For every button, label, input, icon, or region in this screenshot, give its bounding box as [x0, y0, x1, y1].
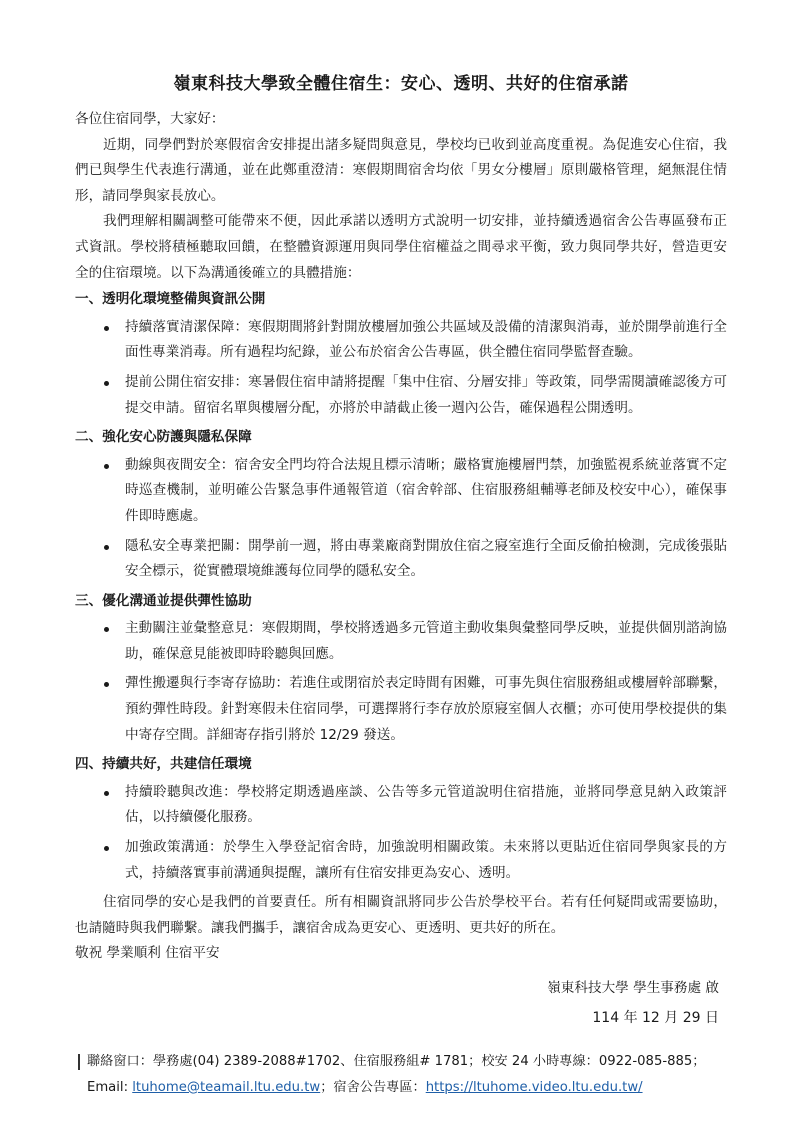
list-item: 主動關注並彙整意見：寒假期間，學校將透過多元管道主動收集與彙整同學反映，並提供個… [75, 616, 727, 667]
bullet-icon [104, 464, 109, 469]
bullet-icon [104, 381, 109, 386]
list-item-text: 主動關注並彙整意見：寒假期間，學校將透過多元管道主動收集與彙整同學反映，並提供個… [125, 620, 727, 662]
announcement-label: ；宿舍公告專區： [320, 1080, 426, 1095]
list-item: 彈性搬遷與行李寄存協助：若進住或閉宿於表定時間有困難，可事先與住宿服務組或樓層幹… [75, 671, 727, 748]
list-item-text: 加強政策溝通：於學生入學登記宿舍時，加強說明相關政策。未來將以更貼近住宿同學與家… [125, 839, 727, 881]
page-title: 嶺東科技大學致全體住宿生：安心、透明、共好的住宿承諾 [75, 70, 727, 98]
contact-links: Email: ltuhome@teamail.ltu.edu.tw；宿舍公告專區… [87, 1075, 727, 1101]
list-item: 提前公開住宿安排：寒暑假住宿申請將提醒「集中住宿、分層安排」等政策，同學需閱讀確… [75, 370, 727, 421]
list-item: 持續落實清潔保障：寒假期間將針對開放樓層加強公共區域及設備的清潔與消毒，並於開學… [75, 315, 727, 366]
section-heading: 二、強化安心防護與隱私保障 [75, 425, 727, 451]
bullet-icon [104, 326, 109, 331]
section-4: 四、持續共好，共建信任環境 持續聆聽與改進：學校將定期透過座談、公告等多元管道說… [75, 752, 727, 886]
bullet-list: 持續聆聽與改進：學校將定期透過座談、公告等多元管道說明住宿措施，並將同學意見納入… [75, 780, 727, 886]
bullet-list: 持續落實清潔保障：寒假期間將針對開放樓層加強公共區域及設備的清潔與消毒，並於開學… [75, 315, 727, 421]
section-heading: 一、透明化環境整備與資訊公開 [75, 287, 727, 313]
contact-divider [78, 1054, 80, 1070]
section-2: 二、強化安心防護與隱私保障 動線與夜間安全：宿舍安全門均符合法規且標示清晰；嚴格… [75, 425, 727, 585]
signature-date: 114 年 12 月 29 日 [75, 1005, 727, 1031]
closing-paragraph: 住宿同學的安心是我們的首要責任。所有相關資訊將同步公告於學校平台。若有任何疑問或… [75, 890, 727, 941]
section-heading: 三、優化溝通並提供彈性協助 [75, 589, 727, 615]
bullet-list: 動線與夜間安全：宿舍安全門均符合法規且標示清晰；嚴格實施樓層門禁，加強監視系統並… [75, 453, 727, 585]
list-item: 動線與夜間安全：宿舍安全門均符合法規且標示清晰；嚴格實施樓層門禁，加強監視系統並… [75, 453, 727, 530]
email-link[interactable]: ltuhome@teamail.ltu.edu.tw [132, 1080, 320, 1095]
email-label: Email: [87, 1080, 132, 1095]
section-heading: 四、持續共好，共建信任環境 [75, 752, 727, 778]
contact-phones: 聯絡窗口：學務處(04) 2389-2088#1702、住宿服務組# 1781；… [87, 1049, 727, 1075]
bullet-icon [104, 791, 109, 796]
signature-organization: 嶺東科技大學 學生事務處 啟 [75, 975, 727, 1001]
letter-page: 嶺東科技大學致全體住宿生：安心、透明、共好的住宿承諾 各位住宿同學，大家好： 近… [75, 70, 727, 1101]
bullet-icon [104, 545, 109, 550]
bullet-list: 主動關注並彙整意見：寒假期間，學校將透過多元管道主動收集與彙整同學反映，並提供個… [75, 616, 727, 748]
list-item-text: 彈性搬遷與行李寄存協助：若進住或閉宿於表定時間有困難，可事先與住宿服務組或樓層幹… [125, 675, 727, 742]
announcement-url-link[interactable]: https://ltuhome.video.ltu.edu.tw/ [426, 1080, 643, 1095]
bullet-icon [104, 846, 109, 851]
list-item-text: 持續落實清潔保障：寒假期間將針對開放樓層加強公共區域及設備的清潔與消毒，並於開學… [125, 319, 727, 361]
intro-paragraph-2: 我們理解相關調整可能帶來不便，因此承諾以透明方式說明一切安排，並持續透過宿舍公告… [75, 209, 727, 286]
list-item-text: 動線與夜間安全：宿舍安全門均符合法規且標示清晰；嚴格實施樓層門禁，加強監視系統並… [125, 457, 727, 524]
list-item-text: 提前公開住宿安排：寒暑假住宿申請將提醒「集中住宿、分層安排」等政策，同學需閱讀確… [125, 374, 727, 416]
greeting: 各位住宿同學，大家好： [75, 107, 727, 133]
list-item: 隱私安全專業把關：開學前一週，將由專業廠商對開放住宿之寢室進行全面反偷拍檢測，完… [75, 534, 727, 585]
list-item: 加強政策溝通：於學生入學登記宿舍時，加強說明相關政策。未來將以更貼近住宿同學與家… [75, 835, 727, 886]
section-3: 三、優化溝通並提供彈性協助 主動關注並彙整意見：寒假期間，學校將透過多元管道主動… [75, 589, 727, 749]
list-item: 持續聆聽與改進：學校將定期透過座談、公告等多元管道說明住宿措施，並將同學意見納入… [75, 780, 727, 831]
bullet-icon [104, 682, 109, 687]
salutation: 敬祝 學業順利 住宿平安 [75, 941, 727, 967]
bullet-icon [104, 627, 109, 632]
intro-paragraph-1: 近期，同學們對於寒假宿舍安排提出諸多疑問與意見，學校均已收到並高度重視。為促進安… [75, 133, 727, 210]
list-item-text: 隱私安全專業把關：開學前一週，將由專業廠商對開放住宿之寢室進行全面反偷拍檢測，完… [125, 538, 727, 580]
list-item-text: 持續聆聽與改進：學校將定期透過座談、公告等多元管道說明住宿措施，並將同學意見納入… [125, 784, 727, 826]
contact-block: 聯絡窗口：學務處(04) 2389-2088#1702、住宿服務組# 1781；… [75, 1049, 727, 1101]
section-1: 一、透明化環境整備與資訊公開 持續落實清潔保障：寒假期間將針對開放樓層加強公共區… [75, 287, 727, 421]
